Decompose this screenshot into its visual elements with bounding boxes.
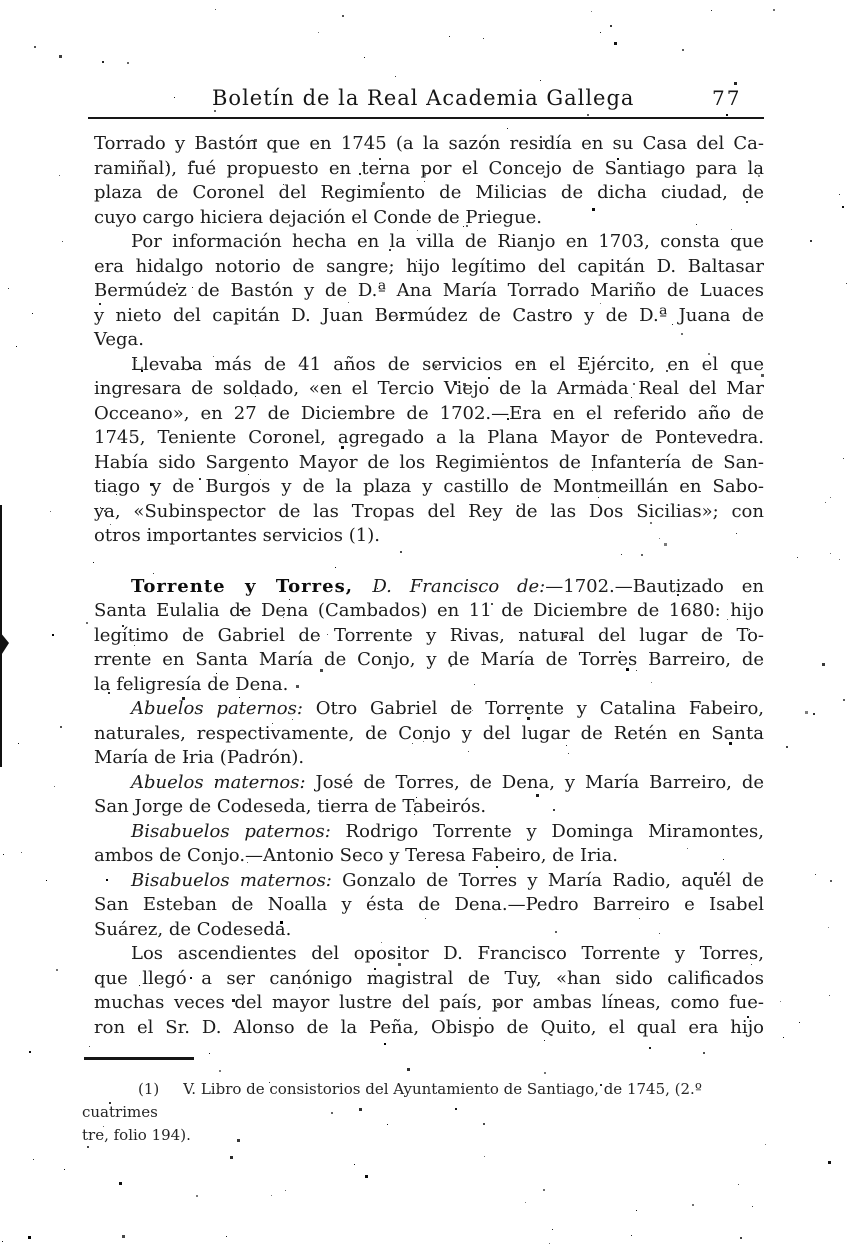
text-line: Occeano», en 27 de Diciembre de 1702.—Er…: [94, 402, 764, 427]
noise-speck: [56, 969, 58, 971]
text-line: Los ascendientes del opositor D. Francis…: [94, 942, 764, 967]
text-segment: Otro Gabriel de Torrente y Catalina Fabe…: [303, 698, 764, 719]
text-line: muchas veces del mayor lustre del país, …: [94, 991, 764, 1016]
noise-speck: [64, 1169, 65, 1170]
noise-speck: [682, 49, 684, 51]
text-line: Abuelos paternos: Otro Gabriel de Torren…: [94, 697, 764, 722]
text-line: tiago y de Burgos y de la plaza y castil…: [94, 475, 764, 500]
text-line: era hidalgo notorio de sangre; hijo legí…: [94, 255, 764, 280]
noise-speck: [215, 9, 216, 10]
noise-speck: [734, 82, 737, 85]
noise-speck: [483, 38, 484, 39]
noise-speck: [33, 1159, 34, 1160]
noise-speck: [29, 1051, 31, 1053]
paragraph: Torrado y Bastón que en 1745 (a la sazón…: [94, 132, 764, 230]
noise-speck: [364, 57, 365, 58]
noise-speck: [765, 1144, 766, 1145]
noise-speck: [752, 1206, 753, 1207]
text-line: la feligresía de Dena.: [94, 673, 764, 698]
text-segment: ya, «Subinspector de las Tropas del Rey …: [94, 501, 764, 522]
paragraph: Los ascendientes del opositor D. Francis…: [94, 942, 764, 1040]
noise-speck: [230, 1156, 233, 1159]
noise-speck: [815, 874, 816, 875]
noise-speck: [219, 1070, 221, 1072]
noise-speck: [738, 1184, 739, 1185]
text-line: legítimo de Gabriel de Torrente y Rivas,…: [94, 624, 764, 649]
noise-speck: [46, 880, 47, 881]
text-line: Suárez, de Codeseda.: [94, 918, 764, 943]
noise-speck: [813, 713, 815, 715]
noise-speck: [209, 1053, 210, 1054]
noise-speck: [780, 1001, 781, 1002]
noise-speck: [591, 11, 592, 12]
text-line: rrente en Santa María de Conjo, y de Mar…: [94, 648, 764, 673]
text-segment: ambos de Conjo.—Antonio Seco y Teresa Fa…: [94, 845, 618, 866]
noise-speck: [3, 854, 4, 855]
text-segment: plaza de Coronel del Regimiento de Milic…: [94, 182, 764, 203]
text-segment: Rodrigo Torrente y Dominga Miramontes,: [331, 821, 764, 842]
paragraph: Por información hecha en la villa de Ria…: [94, 230, 764, 353]
noise-speck: [407, 1068, 410, 1071]
text-segment: Gonzalo de Torres y María Radio, aquél d…: [332, 870, 764, 891]
noise-speck: [600, 32, 601, 33]
text-segment: María de Iria (Padrón).: [94, 747, 304, 768]
footnote-line: (1) V. Libro de consistorios del Ayuntam…: [82, 1078, 760, 1124]
journal-title: Boletín de la Real Academia Gallega: [212, 84, 634, 112]
noise-speck: [384, 1043, 386, 1045]
text-segment: ron el Sr. D. Alonso de la Peña, Obispo …: [94, 1017, 764, 1038]
text-segment: ingresara de soldado, «en el Tercio Viej…: [94, 378, 764, 399]
text-segment: naturales, respectivamente, de Conjo y d…: [94, 723, 764, 744]
noise-speck: [692, 1204, 694, 1206]
scan-artifact-blob: [0, 632, 9, 657]
noise-speck: [839, 559, 840, 560]
noise-speck: [846, 283, 847, 284]
noise-speck: [102, 61, 104, 63]
text-segment: Bermúdez de Bastón y de D.ª Ana María To…: [94, 280, 764, 301]
noise-speck: [544, 1072, 546, 1074]
text-line: San Jorge de Codeseda, tierra de Tabeiró…: [94, 795, 764, 820]
noise-speck: [773, 9, 775, 11]
noise-speck: [449, 36, 450, 37]
noise-speck: [830, 880, 832, 882]
text-segment: Los ascendientes del opositor D. Francis…: [131, 943, 764, 964]
text-segment: 1745, Teniente Coronel, agregado a la Pl…: [94, 427, 764, 448]
noise-speck: [786, 746, 788, 748]
noise-speck: [484, 1156, 485, 1157]
text-line: Bisabuelos paternos: Rodrigo Torrente y …: [94, 820, 764, 845]
text-segment: y nieto del capitán D. Juan Bermúdez de …: [94, 305, 764, 326]
noise-speck: [842, 206, 844, 208]
text-segment: Bisabuelos maternos:: [131, 870, 332, 891]
paragraph: Abuelos maternos: José de Torres, de Den…: [94, 771, 764, 820]
text-line: ron el Sr. D. Alonso de la Peña, Obispo …: [94, 1016, 764, 1041]
text-segment: San Jorge de Codeseda, tierra de Tabeiró…: [94, 796, 486, 817]
noise-speck: [830, 497, 831, 498]
text-segment: otros importantes servicios (1).: [94, 525, 380, 546]
text-line: que llegó a ser canónigo magistral de Tu…: [94, 967, 764, 992]
noise-speck: [822, 663, 825, 666]
text-segment: Santa Eulalia de Dena (Cambados) en 11 d…: [94, 600, 764, 621]
text-segment: Suárez, de Codeseda.: [94, 919, 291, 940]
noise-speck: [799, 1022, 800, 1023]
noise-speck: [16, 346, 17, 347]
noise-speck: [8, 288, 9, 289]
text-line: Abuelos maternos: José de Torres, de Den…: [94, 771, 764, 796]
noise-speck: [544, 1040, 545, 1041]
footnote-rule: [84, 1057, 194, 1060]
text-line: Vega.: [94, 328, 764, 353]
noise-speck: [614, 42, 617, 45]
text-segment: Bisabuelos paternos:: [131, 821, 331, 842]
noise-speck: [783, 1037, 784, 1038]
noise-speck: [805, 711, 808, 714]
noise-speck: [540, 80, 541, 81]
noise-speck: [196, 1195, 198, 1197]
noise-speck: [226, 1236, 227, 1237]
text-segment: Vega.: [94, 329, 144, 350]
text-line: otros importantes servicios (1).: [94, 524, 764, 549]
noise-speck: [843, 458, 844, 459]
noise-speck: [59, 55, 62, 58]
text-segment: Abuelos paternos:: [131, 698, 303, 719]
text-line: Llevaba más de 41 años de servicios en e…: [94, 353, 764, 378]
text-line: María de Iria (Padrón).: [94, 746, 764, 771]
noise-speck: [50, 511, 51, 512]
paragraph: Llevaba más de 41 años de servicios en e…: [94, 353, 764, 549]
noise-speck: [525, 1202, 526, 1203]
noise-speck: [829, 995, 830, 996]
noise-speck: [587, 114, 589, 116]
noise-speck: [365, 1175, 368, 1178]
header-rule: [88, 117, 764, 119]
text-line: Torrado y Bastón que en 1745 (a la sazón…: [94, 132, 764, 157]
noise-speck: [726, 114, 728, 116]
noise-speck: [828, 1161, 831, 1164]
text-segment: San Esteban de Noalla y ésta de Dena.—Pe…: [94, 894, 764, 915]
text-segment: Torrado y Bastón que en 1745 (a la sazón…: [94, 133, 764, 154]
noise-speck: [507, 128, 508, 129]
page-number: 77: [712, 86, 741, 110]
text-segment: D. Francisco de:: [372, 576, 545, 597]
text-segment: que llegó a ser canónigo magistral de Tu…: [94, 968, 764, 989]
text-line: ramiñal), fué propuesto en terna por el …: [94, 157, 764, 182]
noise-speck: [711, 10, 712, 11]
noise-speck: [60, 726, 62, 728]
noise-speck: [342, 15, 344, 17]
text-segment: legítimo de Gabriel de Torrente y Rivas,…: [94, 625, 764, 646]
paragraph: Bisabuelos maternos: Gonzalo de Torres y…: [94, 869, 764, 943]
text-segment: Abuelos maternos:: [131, 772, 306, 793]
noise-speck: [839, 194, 840, 195]
text-line: Había sido Sargento Mayor de los Regimie…: [94, 451, 764, 476]
noise-speck: [828, 927, 829, 928]
noise-speck: [34, 46, 36, 48]
noise-speck: [543, 1189, 545, 1191]
noise-speck: [549, 1243, 550, 1244]
text-segment: rrente en Santa María de Conjo, y de Mar…: [94, 649, 764, 670]
noise-speck: [59, 175, 60, 176]
noise-speck: [843, 699, 845, 701]
text-line: Torrente y Torres, D. Francisco de:—1702…: [94, 575, 764, 600]
footnote-line: tre, folio 194).: [82, 1124, 760, 1147]
text-block: Torrado y Bastón que en 1745 (a la sazón…: [94, 132, 764, 1040]
noise-speck: [825, 502, 826, 503]
noise-speck: [631, 1235, 632, 1236]
noise-speck: [318, 32, 319, 33]
noise-speck: [174, 97, 175, 98]
text-line: naturales, respectivamente, de Conjo y d…: [94, 722, 764, 747]
text-segment: Torrente y Torres,: [131, 576, 372, 597]
text-line: y nieto del capitán D. Juan Bermúdez de …: [94, 304, 764, 329]
noise-speck: [636, 1210, 637, 1211]
noise-speck: [86, 622, 88, 624]
text-line: ya, «Subinspector de las Tropas del Rey …: [94, 500, 764, 525]
noise-speck: [21, 852, 22, 853]
text-segment: muchas veces del mayor lustre del país, …: [94, 992, 764, 1013]
noise-speck: [395, 76, 396, 77]
noise-speck: [552, 1229, 553, 1230]
noise-speck: [122, 1235, 125, 1238]
text-line: cuyo cargo hiciera dejación el Conde de …: [94, 206, 764, 231]
paragraph: Torrente y Torres, D. Francisco de:—1702…: [94, 575, 764, 698]
paragraph: Bisabuelos paternos: Rodrigo Torrente y …: [94, 820, 764, 869]
noise-speck: [119, 1182, 122, 1185]
scanned-page: Boletín de la Real Academia Gallega 77 T…: [0, 0, 850, 1247]
noise-speck: [830, 553, 831, 554]
text-segment: tiago y de Burgos y de la plaza y castil…: [94, 476, 764, 497]
noise-speck: [54, 786, 55, 787]
text-line: San Esteban de Noalla y ésta de Dena.—Pe…: [94, 893, 764, 918]
text-line: Bermúdez de Bastón y de D.ª Ana María To…: [94, 279, 764, 304]
text-segment: Por información hecha en la villa de Ria…: [131, 231, 764, 252]
noise-speck: [797, 557, 798, 558]
noise-speck: [2, 1241, 3, 1242]
noise-speck: [62, 241, 63, 242]
text-line: Bisabuelos maternos: Gonzalo de Torres y…: [94, 869, 764, 894]
text-segment: —1702.—Bautizado en: [545, 576, 764, 597]
noise-speck: [127, 62, 129, 64]
text-segment: era hidalgo notorio de sangre; hijo legí…: [94, 256, 764, 277]
text-segment: Occeano», en 27 de Diciembre de 1702.—Er…: [94, 403, 764, 424]
noise-speck: [285, 1190, 286, 1191]
noise-speck: [649, 1047, 651, 1049]
text-segment: Llevaba más de 41 años de servicios en e…: [131, 354, 764, 375]
text-line: 1745, Teniente Coronel, agregado a la Pl…: [94, 426, 764, 451]
text-line: plaza de Coronel del Regimiento de Milic…: [94, 181, 764, 206]
noise-speck: [610, 25, 612, 27]
noise-speck: [810, 240, 812, 242]
text-line: ingresara de soldado, «en el Tercio Viej…: [94, 377, 764, 402]
text-line: Santa Eulalia de Dena (Cambados) en 11 d…: [94, 599, 764, 624]
footnote: (1) V. Libro de consistorios del Ayuntam…: [82, 1078, 760, 1147]
noise-speck: [740, 1237, 742, 1239]
paragraph: Abuelos paternos: Otro Gabriel de Torren…: [94, 697, 764, 771]
text-segment: Había sido Sargento Mayor de los Regimie…: [94, 452, 764, 473]
noise-speck: [28, 1236, 31, 1239]
text-segment: cuyo cargo hiciera dejación el Conde de …: [94, 207, 542, 228]
text-line: ambos de Conjo.—Antonio Seco y Teresa Fa…: [94, 844, 764, 869]
noise-speck: [52, 634, 54, 636]
text-segment: ramiñal), fué propuesto en terna por el …: [94, 158, 764, 179]
text-segment: José de Torres, de Dena, y María Barreir…: [306, 772, 764, 793]
text-line: Por información hecha en la villa de Ria…: [94, 230, 764, 255]
text-segment: la feligresía de Dena.: [94, 674, 288, 695]
noise-speck: [89, 1046, 90, 1047]
noise-speck: [271, 1195, 272, 1196]
noise-speck: [703, 1052, 705, 1054]
noise-speck: [354, 1164, 355, 1165]
noise-speck: [18, 743, 19, 744]
noise-speck: [32, 313, 33, 314]
